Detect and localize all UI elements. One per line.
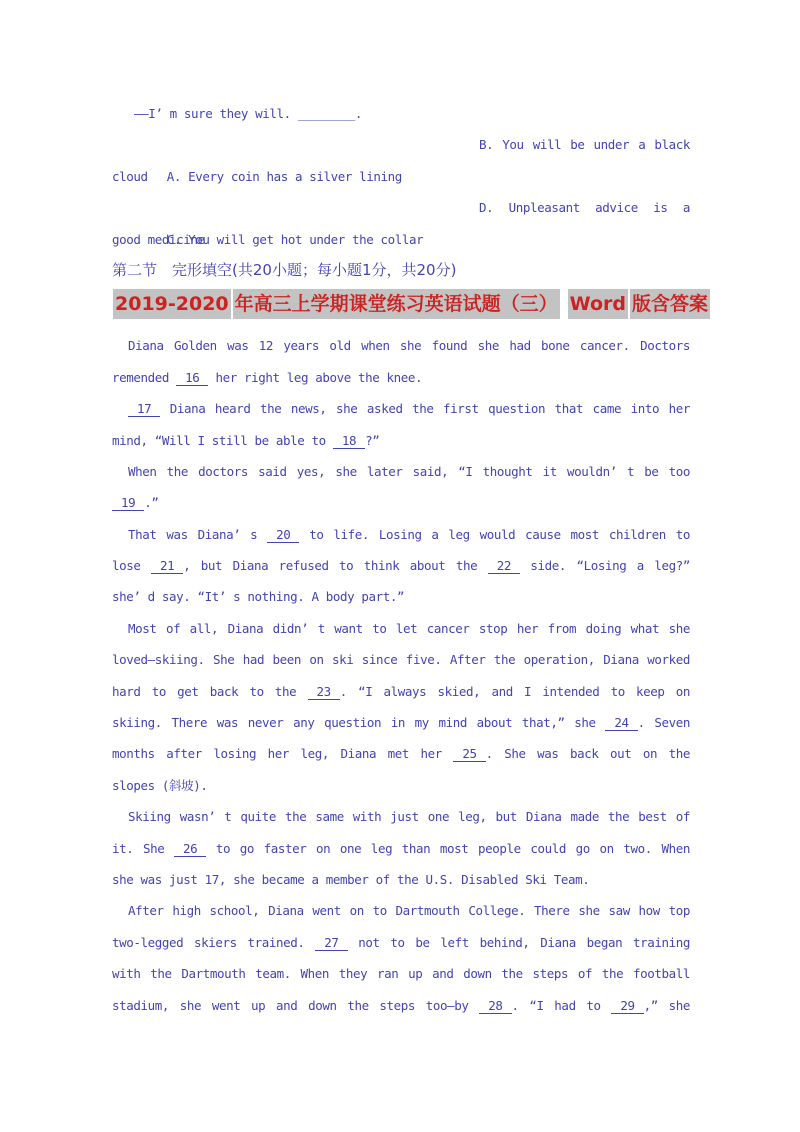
title-highlight-segment: Word — [568, 289, 628, 319]
passage-line: remended 16 her right leg above the knee… — [112, 362, 690, 393]
document-title: 2019-2020年高三上学期课堂练习英语试题（三）Word版含答案 — [112, 286, 690, 322]
options-row-ab: A. Every coin has a silver lining B. You… — [112, 129, 690, 160]
passage-line: When the doctors said yes, she later sai… — [112, 456, 690, 487]
passage-line: Most of all, Diana didn’ t want to let c… — [112, 613, 690, 644]
passage-line: it. She 26 to go faster on one leg than … — [112, 833, 690, 864]
passage-line: two-legged skiers trained. 27 not to be … — [112, 927, 690, 958]
cloze-blank: 19 — [112, 495, 144, 511]
passage-line: hard to get back to the 23. “I always sk… — [112, 676, 690, 707]
passage-line: That was Diana’ s 20 to life. Losing a l… — [112, 519, 690, 550]
cloze-blank: 20 — [267, 527, 299, 543]
title-highlight-segment: 版含答案 — [630, 289, 710, 319]
option-d: D. Unpleasant advice is a — [479, 192, 690, 223]
passage-line: months after losing her leg, Diana met h… — [112, 738, 690, 769]
document-page: ——I’ m sure they will. ________. A. Ever… — [0, 0, 800, 1132]
passage-line: stadium, she went up and down the steps … — [112, 990, 690, 1021]
passage-line: lose 21, but Diana refused to think abou… — [112, 550, 690, 581]
cloze-blank: 29 — [611, 998, 643, 1014]
cloze-blank: 16 — [176, 370, 208, 386]
passage-line: 17 Diana heard the news, she asked the f… — [112, 393, 690, 424]
document-content: ——I’ m sure they will. ________. A. Ever… — [112, 98, 690, 1021]
passage-line: with the Dartmouth team. When they ran u… — [112, 958, 690, 989]
passage-line: Diana Golden was 12 years old when she f… — [112, 330, 690, 361]
cloze-blank: 24 — [605, 715, 637, 731]
option-a: A. Every coin has a silver lining — [155, 169, 402, 184]
cloze-blank: 23 — [308, 684, 340, 700]
passage-line: After high school, Diana went on to Dart… — [112, 895, 690, 926]
passage-line: she was just 17, she became a member of … — [112, 864, 690, 895]
passage-line: Skiing wasn’ t quite the same with just … — [112, 801, 690, 832]
passage-line: mind, “Will I still be able to 18?” — [112, 425, 690, 456]
cloze-blank: 25 — [453, 746, 485, 762]
cloze-blank: 18 — [333, 433, 365, 449]
passage-line: slopes (斜坡). — [112, 770, 690, 801]
cloze-blank: 21 — [151, 558, 183, 574]
cloze-blank: 22 — [488, 558, 520, 574]
title-highlight-segment: 年高三上学期课堂练习英语试题（三） — [233, 289, 560, 319]
section-heading: 第二节 完形填空(共20小题；每小题1分，共20分) — [112, 255, 690, 286]
passage-line: skiing. There was never any question in … — [112, 707, 690, 738]
cloze-blank: 17 — [128, 401, 160, 417]
cloze-blank: 28 — [479, 998, 511, 1014]
options-row-cd: C. You will get hot under the collar D. … — [112, 192, 690, 223]
option-b: B. You will be under a black — [479, 129, 690, 160]
cloze-passage: Diana Golden was 12 years old when she f… — [112, 330, 690, 1021]
option-c: C. You will get hot under the collar — [155, 232, 424, 247]
cloze-blank: 27 — [315, 935, 347, 951]
cloze-blank: 26 — [174, 841, 206, 857]
passage-line: 19.” — [112, 487, 690, 518]
dialog-line: ——I’ m sure they will. ________. — [112, 98, 690, 129]
passage-line: she’ d say. “It’ s nothing. A body part.… — [112, 581, 690, 612]
passage-line: loved—skiing. She had been on ski since … — [112, 644, 690, 675]
